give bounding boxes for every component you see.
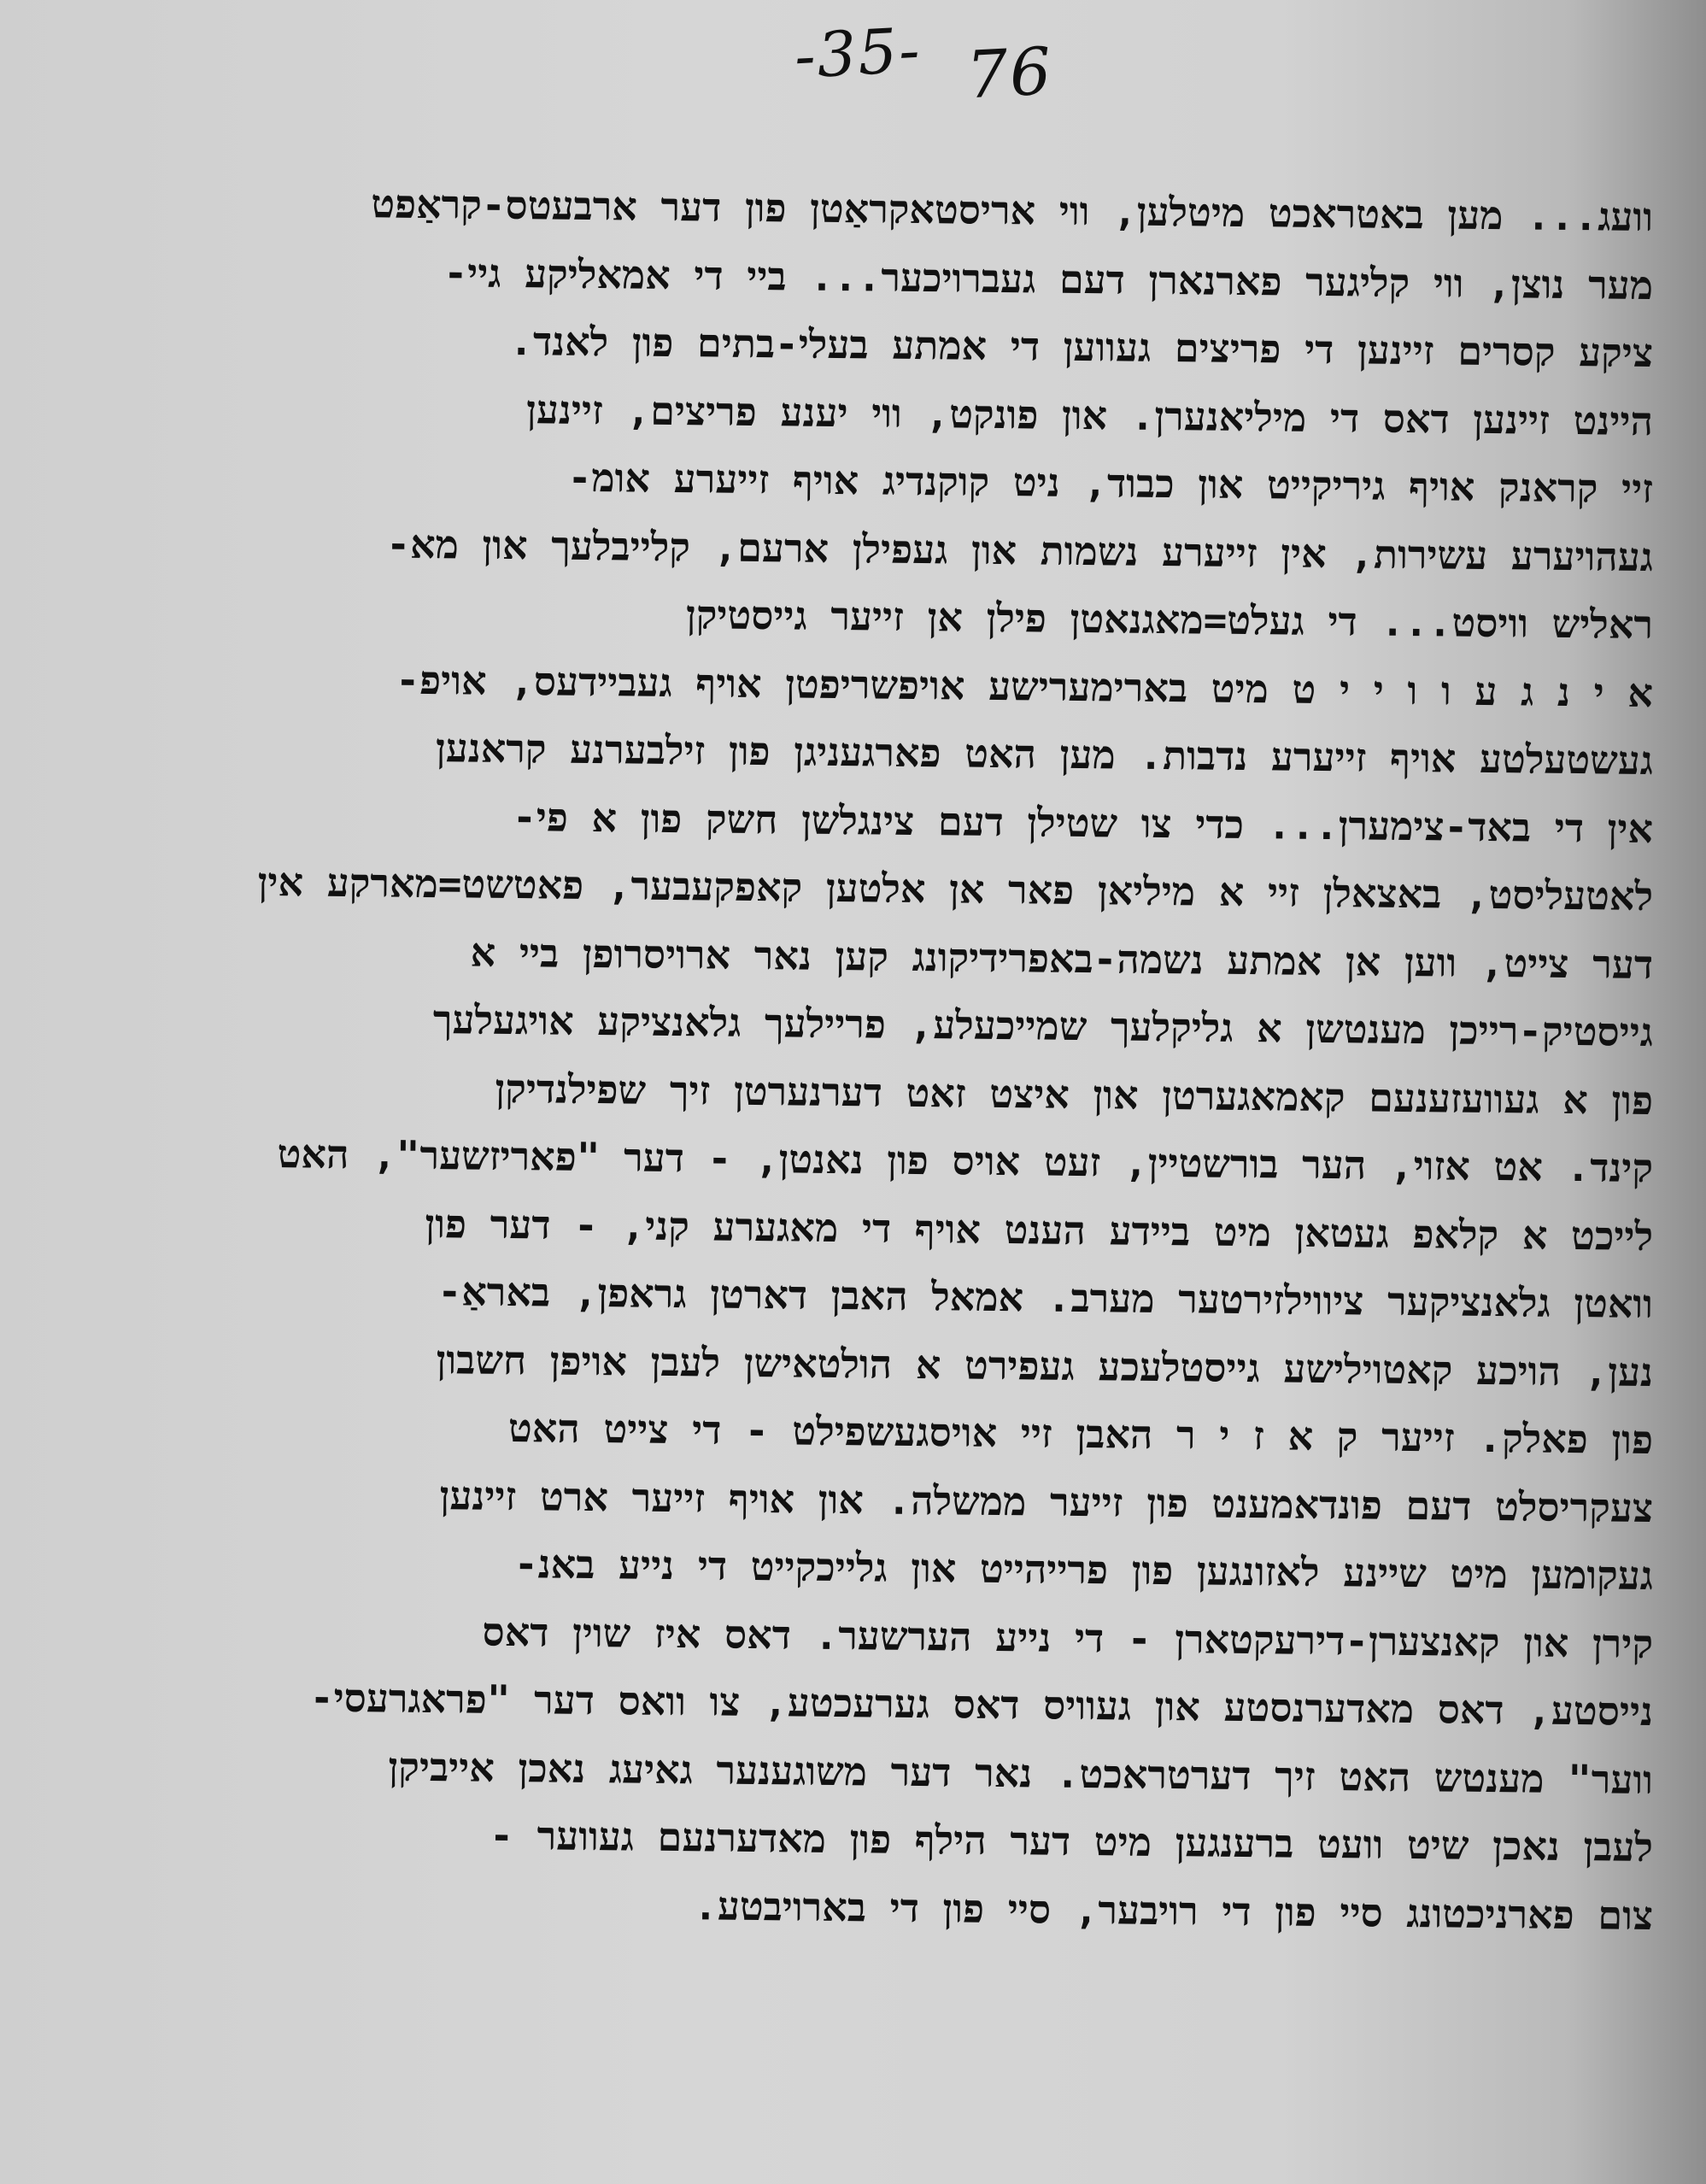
page-number-new: 76: [964, 32, 1054, 113]
page-number-old: -35-: [793, 14, 923, 92]
page-number: -35- 76: [793, 14, 923, 92]
typewritten-text: וועג... מען באטראכט מיטלען, ווי אריסטאקר…: [51, 184, 1653, 1950]
document-page: -35- 76 וועג... מען באטראכט מיטלען, ווי …: [0, 0, 1706, 2184]
